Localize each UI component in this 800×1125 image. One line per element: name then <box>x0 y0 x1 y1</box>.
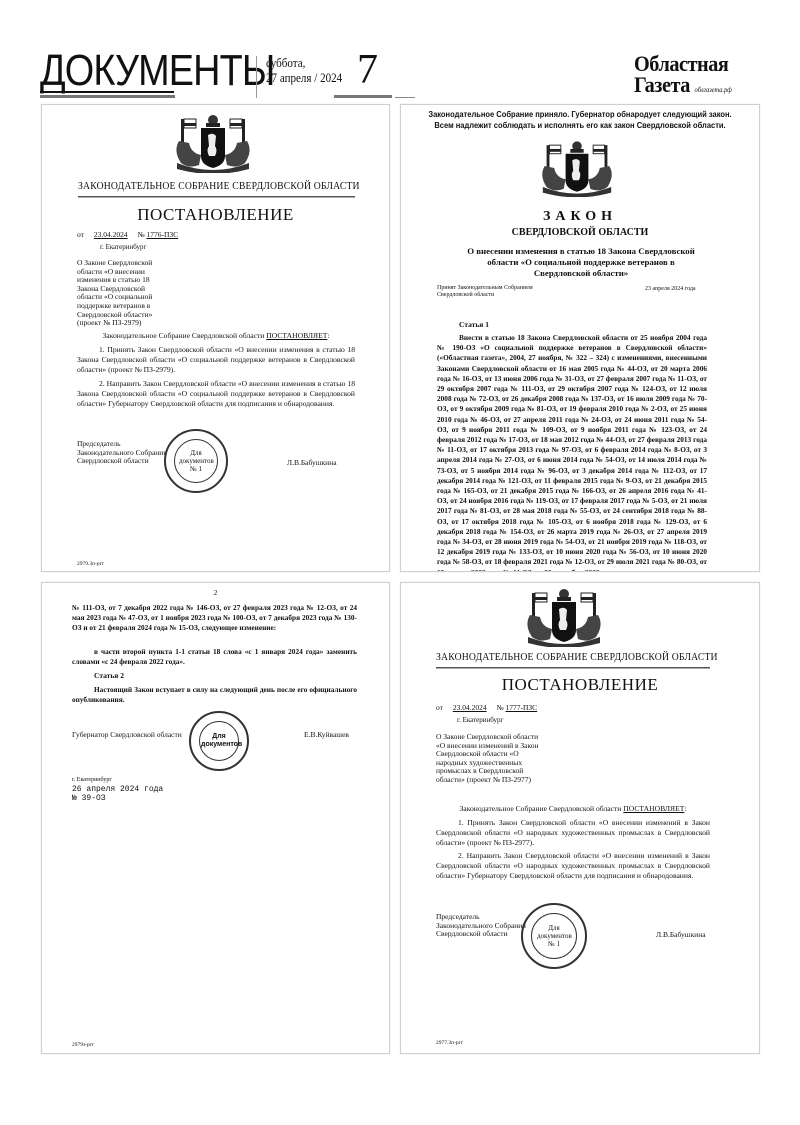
weekday: суббота, <box>266 55 342 70</box>
coat-of-arms-icon <box>524 585 604 647</box>
resolution-1776-panel: ЗАКОНОДАТЕЛЬНОЕ СОБРАНИЕ СВЕРДЛОВСКОЙ ОБ… <box>41 104 390 572</box>
org-name: ЗАКОНОДАТЕЛЬНОЕ СОБРАНИЕ СВЕРДЛОВСКОЙ ОБ… <box>78 180 360 192</box>
footer-code: 2979з-ргг <box>72 1042 94 1048</box>
issue-date: суббота, 27 апреля / 2024 <box>266 55 342 85</box>
law-subheading: СВЕРДЛОВСКОЙ ОБЛАСТИ <box>401 227 759 238</box>
continuation-text: № 111-ОЗ, от 7 декабря 2022 года № 146-О… <box>72 603 357 634</box>
change-text: в части второй пункта 1-1 статьи 18 слов… <box>72 647 357 667</box>
law-heading: ЗАКОН <box>401 209 759 225</box>
official-stamp: Для документов № 1 <box>164 429 228 493</box>
doc-date-line: от 23.04.2024 № 1777-ПЗС <box>436 704 537 713</box>
brand-rule <box>395 97 415 98</box>
sign-date: 26 апреля 2024 года <box>72 785 163 794</box>
subject: О Законе Свердловской области «О внесени… <box>77 259 167 328</box>
doc-title: ПОСТАНОВЛЕНИЕ <box>401 675 759 695</box>
item-1: 1. Принять Закон Свердловской области «О… <box>77 345 355 375</box>
doc-date: 23.04.2024 <box>86 230 136 239</box>
header-rule <box>78 196 355 198</box>
preamble: Законодательное Собрание Свердловской об… <box>436 804 710 814</box>
doc-number: 1777-ПЗС <box>505 703 537 712</box>
article-2-text: Настоящий Закон вступает в силу на следу… <box>72 685 357 705</box>
governor-stamp: Для документов <box>189 711 249 771</box>
city: г. Екатеринбург <box>100 243 146 251</box>
preamble: Законодательное Собрание Свердловской об… <box>77 331 355 341</box>
header-rule <box>436 667 710 669</box>
divider <box>256 56 257 98</box>
adopted-date: 23 апреля 2024 года <box>645 285 696 293</box>
page-number-bar <box>334 95 392 98</box>
coat-of-arms-icon <box>173 111 253 173</box>
page-num: 2 <box>42 589 389 598</box>
city: г. Екатеринбург <box>457 716 503 724</box>
signer-name: Л.В.Бабушкина <box>656 931 706 940</box>
article-2-title: Статья 2 <box>94 671 124 680</box>
footer-code: 2977.3п-ргг <box>436 1040 463 1046</box>
law-title: О внесении изменения в статью 18 Закона … <box>461 246 701 279</box>
governor-name: Е.В.Куйвашев <box>304 731 349 740</box>
governor-title: Губернатор Свердловской области <box>72 731 182 740</box>
brand-logo: Областная Газета облгазета.рф <box>634 53 732 101</box>
item-2: 2. Направить Закон Свердловской области … <box>77 379 355 409</box>
page-number: 7 <box>357 46 378 94</box>
official-stamp: Для документов № 1 <box>521 903 587 969</box>
item-2: 2. Направить Закон Свердловской области … <box>436 851 710 881</box>
doc-number: 1776-ПЗС <box>146 230 178 239</box>
section-underline-bar <box>40 95 175 98</box>
article-1-title: Статья 1 <box>459 320 489 329</box>
subject: О Законе Свердловской области «О внесени… <box>436 733 548 785</box>
sign-city: г. Екатеринбург <box>72 776 112 784</box>
masthead: ДОКУМЕНТЫ суббота, 27 апреля / 2024 7 Об… <box>0 0 800 100</box>
resolution-1777-panel: ЗАКОНОДАТЕЛЬНОЕ СОБРАНИЕ СВЕРДЛОВСКОЙ ОБ… <box>400 582 760 1054</box>
org-name: ЗАКОНОДАТЕЛЬНОЕ СОБРАНИЕ СВЕРДЛОВСКОЙ ОБ… <box>436 651 718 663</box>
brand-site: облгазета.рф <box>694 86 731 94</box>
doc-date: 23.04.2024 <box>445 703 495 712</box>
coat-of-arms-icon <box>539 137 615 197</box>
signer-title: Председатель Законодательного Собрания С… <box>77 440 167 466</box>
law-page-1-panel: Законодательное Собрание приняло. Губерн… <box>400 104 760 572</box>
doc-title: ПОСТАНОВЛЕНИЕ <box>42 205 389 225</box>
adopted-by: Принят Законодательным Собранием Свердло… <box>437 285 537 299</box>
date: 27 апреля / 2024 <box>266 70 342 85</box>
law-intro: Законодательное Собрание приняло. Губерн… <box>419 109 741 131</box>
section-underline <box>40 91 174 93</box>
law-page-2-panel: 2 № 111-ОЗ, от 7 декабря 2022 года № 146… <box>41 582 390 1054</box>
signer-title: Председатель Законодательного Собрания С… <box>436 913 531 939</box>
brand-line1: Областная <box>634 53 732 74</box>
section-title: ДОКУМЕНТЫ <box>40 46 275 96</box>
brand-line2: Газета <box>634 72 690 97</box>
law-number: № 39-ОЗ <box>72 794 106 803</box>
footer-code: 2979.3п-ргг <box>77 561 104 567</box>
item-1: 1. Принять Закон Свердловской области «О… <box>436 818 710 848</box>
article-1-text: Внести в статью 18 Закона Свердловской о… <box>437 333 707 572</box>
doc-date-line: от 23.04.2024 № 1776-ПЗС <box>77 231 178 240</box>
signer-name: Л.В.Бабушкина <box>287 459 337 468</box>
